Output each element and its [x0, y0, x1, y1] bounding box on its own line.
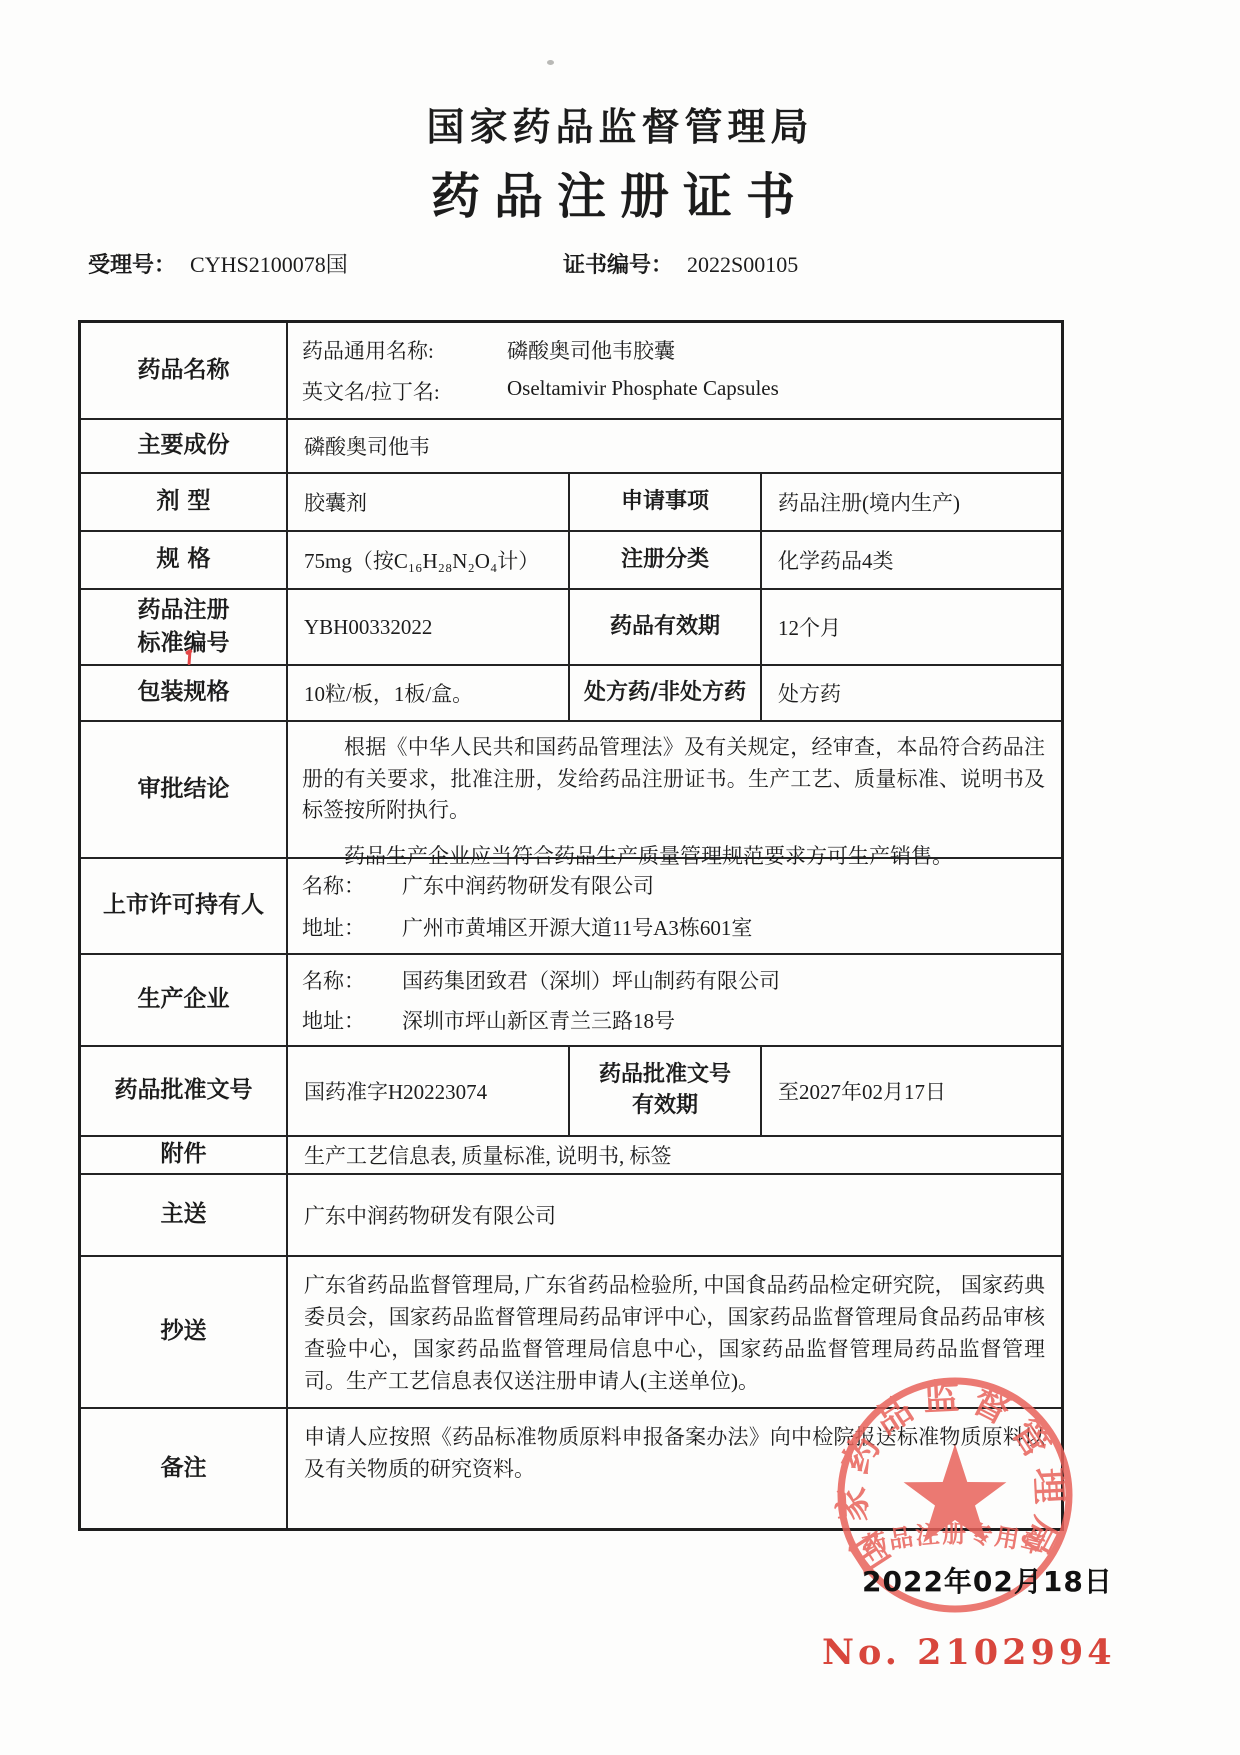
field-key: 名称： [302, 870, 402, 900]
certificate-number-label: 证书编号： [563, 253, 673, 278]
row-sublabel-dosage-form: 申请事项 [568, 474, 760, 530]
row-value-main-ingredient-0: 磷酸奥司他韦 [286, 420, 1061, 472]
row-sublabel-specification: 注册分类 [568, 532, 760, 588]
certificate-page: 国家药品监督管理局 药品注册证书 受理号：CYHS2100078国 证书编号：2… [0, 0, 1240, 1755]
field-value: 深圳市坪山新区青兰三路18号 [402, 1005, 675, 1035]
value-text: 10粒/板，1板/盒。 [304, 678, 473, 708]
row-value-attachments-0: 生产工艺信息表, 质量标准, 说明书, 标签 [286, 1137, 1061, 1173]
certificate-number: 证书编号：2022S00105 [563, 248, 798, 279]
table-row-license-holder: 上市许可持有人名称：广东中润药物研发有限公司地址：广州市黄埔区开源大道11号A3… [81, 857, 1061, 953]
table-row-package-specification: 包装规格10粒/板，1板/盒。处方药/非处方药处方药 [81, 664, 1061, 720]
row-value-package-specification-0: 10粒/板，1板/盒。 [286, 666, 568, 720]
row-sublabel-approval-number: 药品批准文号有效期 [568, 1047, 760, 1135]
certificate-number-value: 2022S00105 [687, 252, 798, 277]
row-sublabel-line: 申请事项 [621, 487, 709, 518]
row-value-package-specification-2: 处方药 [760, 666, 1061, 720]
table-row-dosage-form: 剂 型胶囊剂申请事项药品注册(境内生产) [81, 472, 1061, 530]
value-text: 胶囊剂 [304, 487, 367, 517]
row-label-line: 上市许可持有人 [103, 889, 264, 922]
row-sublabel-line: 药品有效期 [610, 612, 720, 643]
row-label-main-ingredient: 主要成份 [81, 420, 286, 472]
field-value: 磷酸奥司他韦胶囊 [507, 335, 675, 365]
serial-number: No. 2102994 [822, 1632, 1116, 1673]
row-value-drug-name: 药品通用名称:磷酸奥司他韦胶囊英文名/拉丁名:Oseltamivir Phosp… [286, 323, 1061, 418]
field-key: 名称： [302, 965, 402, 995]
row-label-attachments: 附件 [81, 1137, 286, 1173]
row-value-specification-0: 75mg（按C₁₆H₂₈N₂O₄计） [286, 532, 568, 588]
field-key: 地址： [302, 1005, 402, 1035]
row-label-line: 抄送 [161, 1315, 207, 1348]
row-label-cc-recipients: 抄送 [81, 1257, 286, 1407]
row-label-line: 备注 [161, 1452, 207, 1485]
value-text: 处方药 [778, 678, 841, 708]
row-value-specification-2: 化学药品4类 [760, 532, 1061, 588]
value-text: 药品注册(境内生产) [778, 487, 960, 517]
row-label-line: 标准编号 [138, 627, 230, 660]
row-label-approval-number: 药品批准文号 [81, 1047, 286, 1135]
row-label-registration-standard-no: 药品注册标准编号 [81, 590, 286, 664]
row-label-approval-conclusion: 审批结论 [81, 722, 286, 857]
key-value-line: 英文名/拉丁名:Oseltamivir Phosphate Capsules [302, 376, 1061, 406]
row-label-dosage-form: 剂 型 [81, 474, 286, 530]
row-label-line: 附件 [161, 1138, 207, 1171]
value-text: 12个月 [778, 612, 841, 642]
table-row-manufacturer: 生产企业名称：国药集团致君（深圳）坪山制药有限公司地址：深圳市坪山新区青兰三路1… [81, 953, 1061, 1045]
document-title: 药品注册证书 [0, 158, 1240, 228]
row-label-line: 规 格 [156, 543, 210, 576]
row-label-line: 包装规格 [138, 676, 230, 709]
row-sublabel-registration-standard-no: 药品有效期 [568, 590, 760, 664]
row-label-line: 生产企业 [138, 983, 230, 1016]
table-row-main-recipient: 主送广东中润药物研发有限公司 [81, 1173, 1061, 1255]
issue-date: 2022年02月18日 [862, 1560, 1113, 1600]
row-label-line: 药品批准文号 [115, 1074, 253, 1107]
row-value-approval-conclusion: 根据《中华人民共和国药品管理法》及有关规定，经审查，本品符合药品注册的有关要求，… [286, 722, 1061, 857]
acceptance-number: 受理号：CYHS2100078国 [88, 248, 348, 279]
value-text: 75mg（按C₁₆H₂₈N₂O₄计） [304, 545, 539, 575]
row-sublabel-package-specification: 处方药/非处方药 [568, 666, 760, 720]
table-row-attachments: 附件生产工艺信息表, 质量标准, 说明书, 标签 [81, 1135, 1061, 1173]
row-label-line: 药品注册 [138, 594, 230, 627]
row-value-main-recipient-0: 广东中润药物研发有限公司 [286, 1175, 1061, 1255]
row-label-package-specification: 包装规格 [81, 666, 286, 720]
row-value-approval-number-2: 至2027年02月17日 [760, 1047, 1061, 1135]
row-sublabel-line: 注册分类 [621, 545, 709, 576]
value-text: 化学药品4类 [778, 545, 894, 575]
row-sublabel-line: 处方药/非处方药 [584, 678, 746, 709]
row-label-drug-name: 药品名称 [81, 323, 286, 418]
acceptance-number-value: CYHS2100078国 [190, 252, 348, 277]
row-label-main-recipient: 主送 [81, 1175, 286, 1255]
row-label-line: 主送 [161, 1198, 207, 1231]
value-text: 至2027年02月17日 [778, 1076, 946, 1106]
value-text: 国药准字H20223074 [304, 1076, 487, 1106]
row-value-manufacturer: 名称：国药集团致君（深圳）坪山制药有限公司地址：深圳市坪山新区青兰三路18号 [286, 955, 1061, 1045]
value-text: 磷酸奥司他韦 [304, 431, 430, 461]
scan-speck [547, 60, 554, 65]
value-text: 广东中润药物研发有限公司 [304, 1200, 556, 1230]
row-label-line: 审批结论 [138, 773, 230, 806]
acceptance-number-label: 受理号： [88, 253, 176, 278]
paragraph: 根据《中华人民共和国药品管理法》及有关规定，经审查，本品符合药品注册的有关要求，… [302, 732, 1045, 827]
row-sublabel-line: 药品批准文号 [599, 1060, 731, 1091]
key-value-line: 地址：深圳市坪山新区青兰三路18号 [302, 1005, 1061, 1035]
row-value-registration-standard-no-0: YBH00332022 [286, 590, 568, 664]
row-label-line: 剂 型 [156, 485, 210, 518]
row-sublabel-line: 有效期 [632, 1091, 698, 1122]
key-value-line: 药品通用名称:磷酸奥司他韦胶囊 [302, 335, 1061, 365]
key-value-line: 名称：国药集团致君（深圳）坪山制药有限公司 [302, 965, 1061, 995]
key-value-line: 名称：广东中润药物研发有限公司 [302, 870, 1061, 900]
table-row-main-ingredient: 主要成份磷酸奥司他韦 [81, 418, 1061, 472]
row-value-dosage-form-2: 药品注册(境内生产) [760, 474, 1061, 530]
value-text: 生产工艺信息表, 质量标准, 说明书, 标签 [304, 1140, 672, 1170]
table-row-registration-standard-no: 药品注册标准编号YBH00332022药品有效期12个月 [81, 588, 1061, 664]
row-label-manufacturer: 生产企业 [81, 955, 286, 1045]
table-row-approval-conclusion: 审批结论根据《中华人民共和国药品管理法》及有关规定，经审查，本品符合药品注册的有… [81, 720, 1061, 857]
key-value-line: 地址：广州市黄埔区开源大道11号A3栋601室 [302, 912, 1061, 942]
field-value: 国药集团致君（深圳）坪山制药有限公司 [402, 965, 780, 995]
field-key: 药品通用名称: [302, 335, 507, 365]
row-label-line: 主要成份 [138, 429, 230, 462]
row-value-approval-number-0: 国药准字H20223074 [286, 1047, 568, 1135]
row-value-dosage-form-0: 胶囊剂 [286, 474, 568, 530]
row-label-license-holder: 上市许可持有人 [81, 859, 286, 953]
certificate-table: 药品名称药品通用名称:磷酸奥司他韦胶囊英文名/拉丁名:Oseltamivir P… [78, 320, 1064, 1531]
row-label-line: 药品名称 [138, 354, 230, 387]
row-value-registration-standard-no-2: 12个月 [760, 590, 1061, 664]
row-value-license-holder: 名称：广东中润药物研发有限公司地址：广州市黄埔区开源大道11号A3栋601室 [286, 859, 1061, 953]
field-value: 广州市黄埔区开源大道11号A3栋601室 [402, 912, 752, 942]
field-value: Oseltamivir Phosphate Capsules [507, 376, 779, 406]
row-label-specification: 规 格 [81, 532, 286, 588]
table-row-drug-name: 药品名称药品通用名称:磷酸奥司他韦胶囊英文名/拉丁名:Oseltamivir P… [81, 323, 1061, 418]
field-key: 地址： [302, 912, 402, 942]
row-label-remarks: 备注 [81, 1409, 286, 1528]
issuing-authority: 国家药品监督管理局 [0, 96, 1240, 151]
table-row-specification: 规 格75mg（按C₁₆H₂₈N₂O₄计）注册分类化学药品4类 [81, 530, 1061, 588]
value-text: YBH00332022 [304, 615, 432, 640]
field-key: 英文名/拉丁名: [302, 376, 507, 406]
field-value: 广东中润药物研发有限公司 [402, 870, 654, 900]
table-row-approval-number: 药品批准文号国药准字H20223074药品批准文号有效期至2027年02月17日 [81, 1045, 1061, 1135]
